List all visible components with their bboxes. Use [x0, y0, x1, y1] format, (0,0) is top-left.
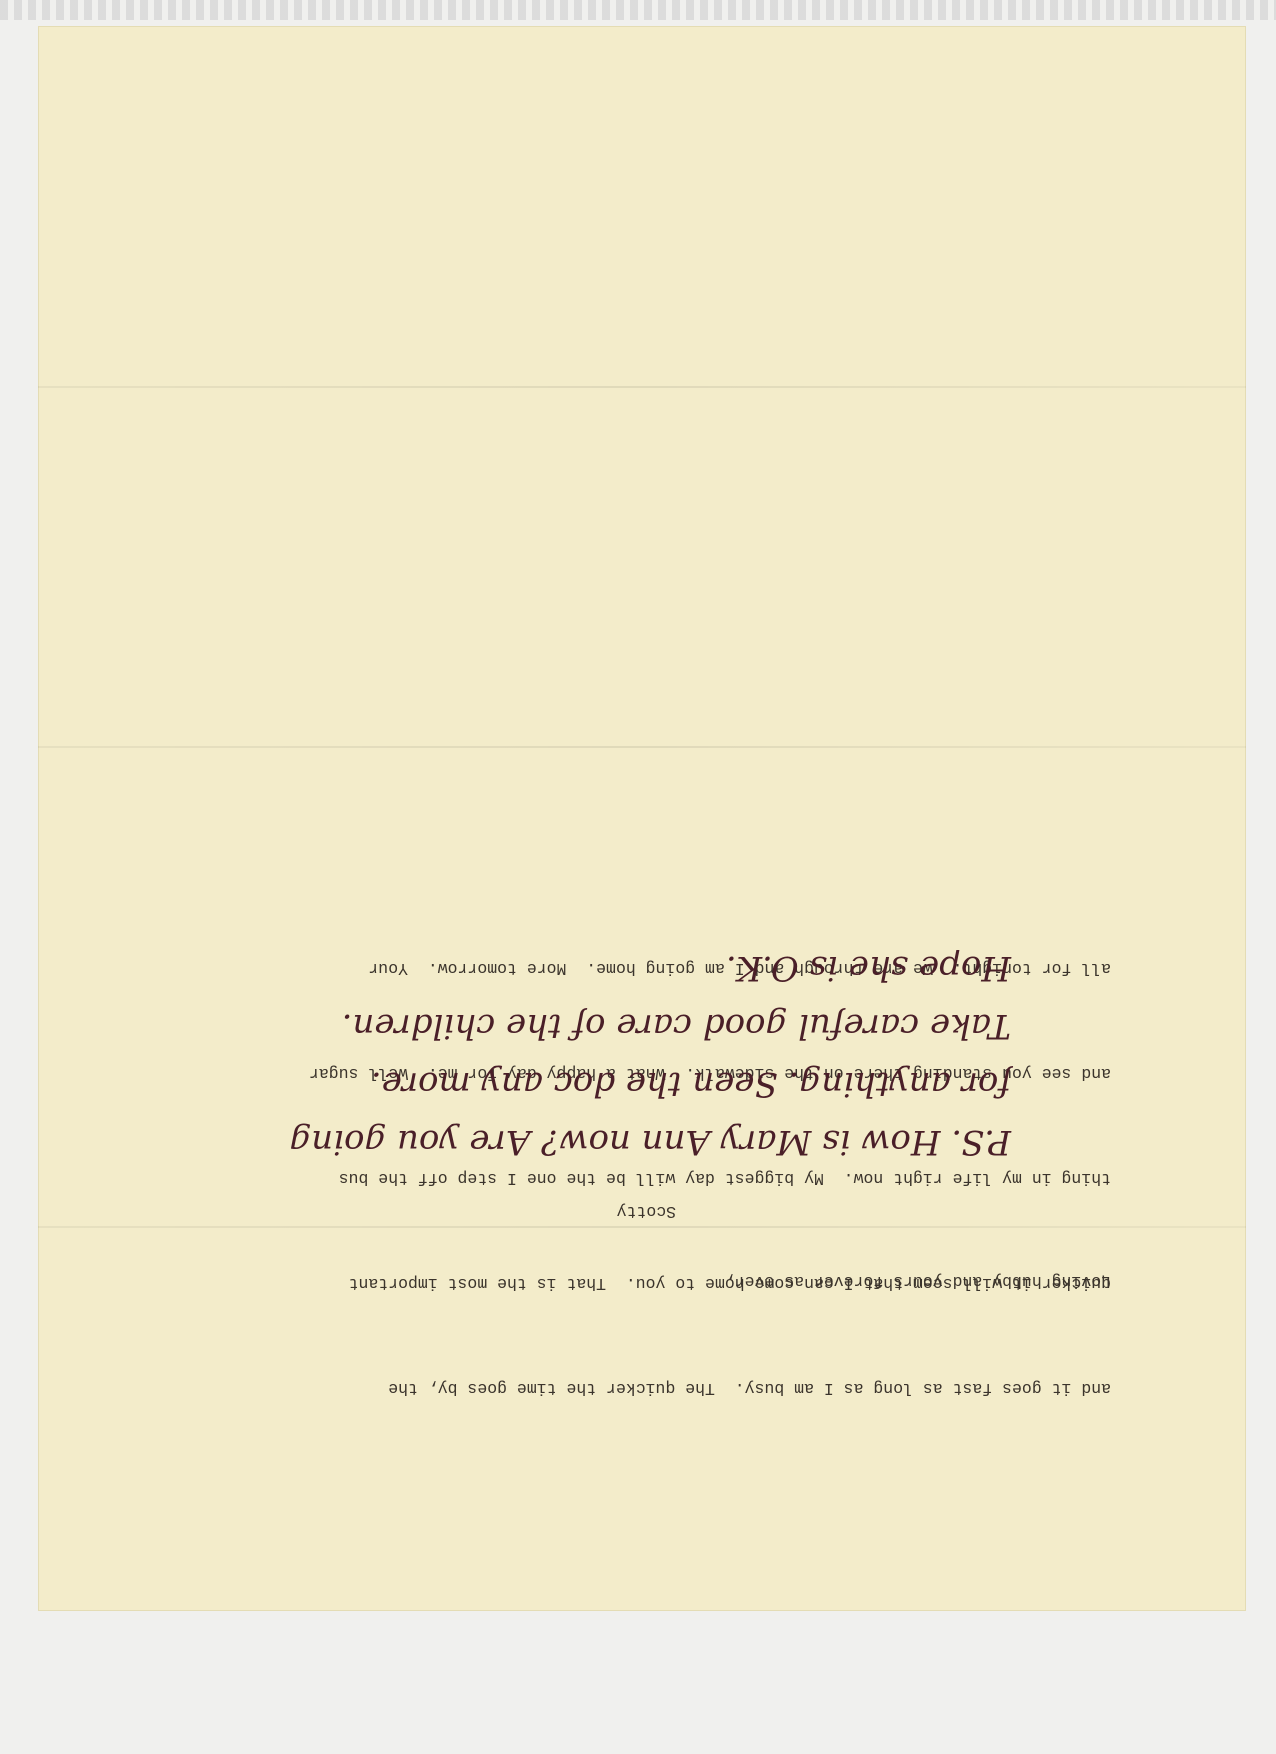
handwritten-postscript: P.S. How is Mary Ann now? Are you going … [289, 939, 1011, 1171]
closing: Loving hubby and yours forever as ever, [725, 1272, 1111, 1291]
ps-line: Hope she is O.K. [289, 939, 1011, 997]
ps-line: for anything. Seen the doc any more. [289, 1055, 1011, 1113]
scan-edge [0, 0, 1276, 20]
body-line: and it goes fast as long as I am busy. T… [131, 1371, 1111, 1406]
rotated-content: and it goes fast as long as I am busy. T… [38, 26, 1246, 1611]
letter-page: and it goes fast as long as I am busy. T… [38, 26, 1246, 1611]
ps-line: Take careful good care of the children. [289, 997, 1011, 1055]
signature: Scotty [617, 1202, 676, 1221]
ps-line: P.S. How is Mary Ann now? Are you going [289, 1113, 1011, 1171]
